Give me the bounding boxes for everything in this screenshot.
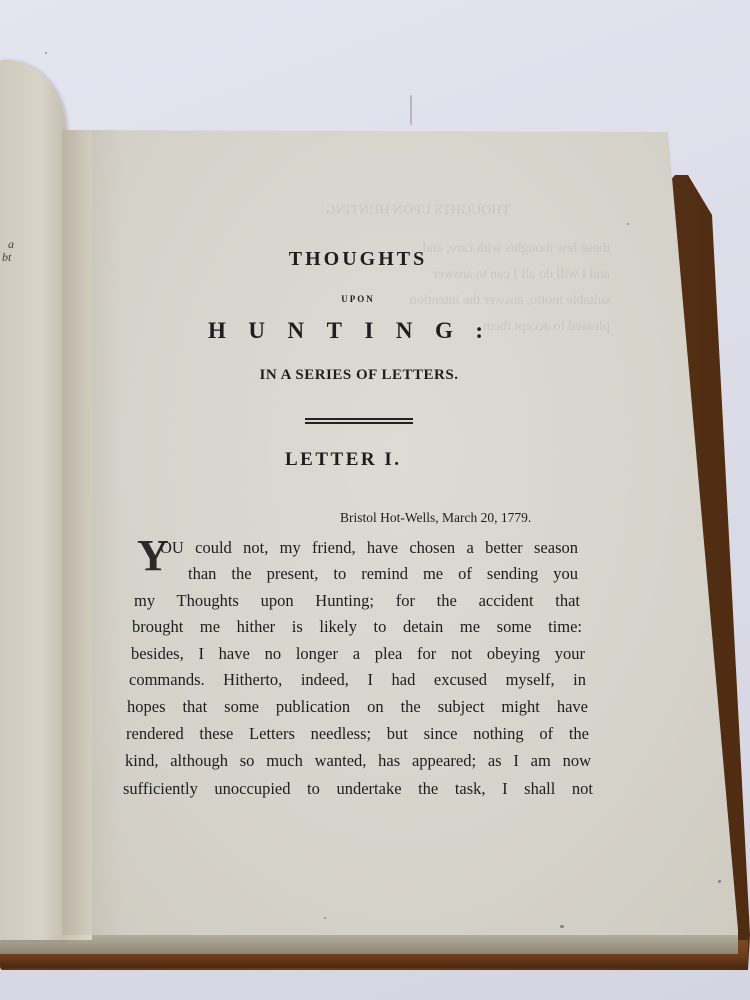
title-hunting: HUNTING: — [208, 318, 508, 344]
dust-speck — [324, 917, 326, 919]
title-thoughts: THOUGHTS — [0, 248, 716, 271]
letter-heading: LETTER I. — [285, 449, 401, 471]
body-line-5: besides, I have no longer a plea for not… — [131, 644, 585, 664]
dust-speck — [45, 52, 47, 54]
body-line-1: OU could not, my friend, have chosen a b… — [160, 538, 578, 558]
double-rule-divider — [305, 418, 413, 424]
left-page-curled: a bt — [0, 60, 66, 940]
title-hunting-word: HUNTING — [208, 318, 475, 343]
title-hunting-colon: : — [475, 318, 483, 343]
body-line-6: commands. Hitherto, indeed, I had excuse… — [129, 670, 586, 690]
body-line-3: my Thoughts upon Hunting; for the accide… — [134, 591, 580, 611]
body-line-7: hopes that some publication on the subje… — [127, 697, 588, 717]
ghost-line: THOUGHTS UPON HUNTING — [250, 198, 610, 224]
title-subtitle: IN A SERIES OF LETTERS. — [0, 367, 718, 384]
body-line-2: than the present, to remind me of sendin… — [188, 564, 578, 584]
body-line-4: brought me hither is likely to detain me… — [132, 617, 582, 637]
dust-speck — [560, 925, 564, 928]
body-line-10: sufficiently unoccupied to undertake the… — [123, 779, 593, 799]
body-line-8: rendered these Letters needless; but sin… — [126, 724, 589, 744]
title-upon: UPON — [0, 294, 716, 304]
dust-speck — [627, 223, 629, 225]
photo-scene: a bt THOUGHTS UPON HUNTING these few tho… — [0, 0, 750, 1000]
body-line-9: kind, although so much wanted, has appea… — [125, 751, 591, 771]
dateline: Bristol Hot-Wells, March 20, 1779. — [340, 510, 531, 526]
pen-mark — [410, 95, 412, 125]
dust-speck — [718, 880, 721, 883]
